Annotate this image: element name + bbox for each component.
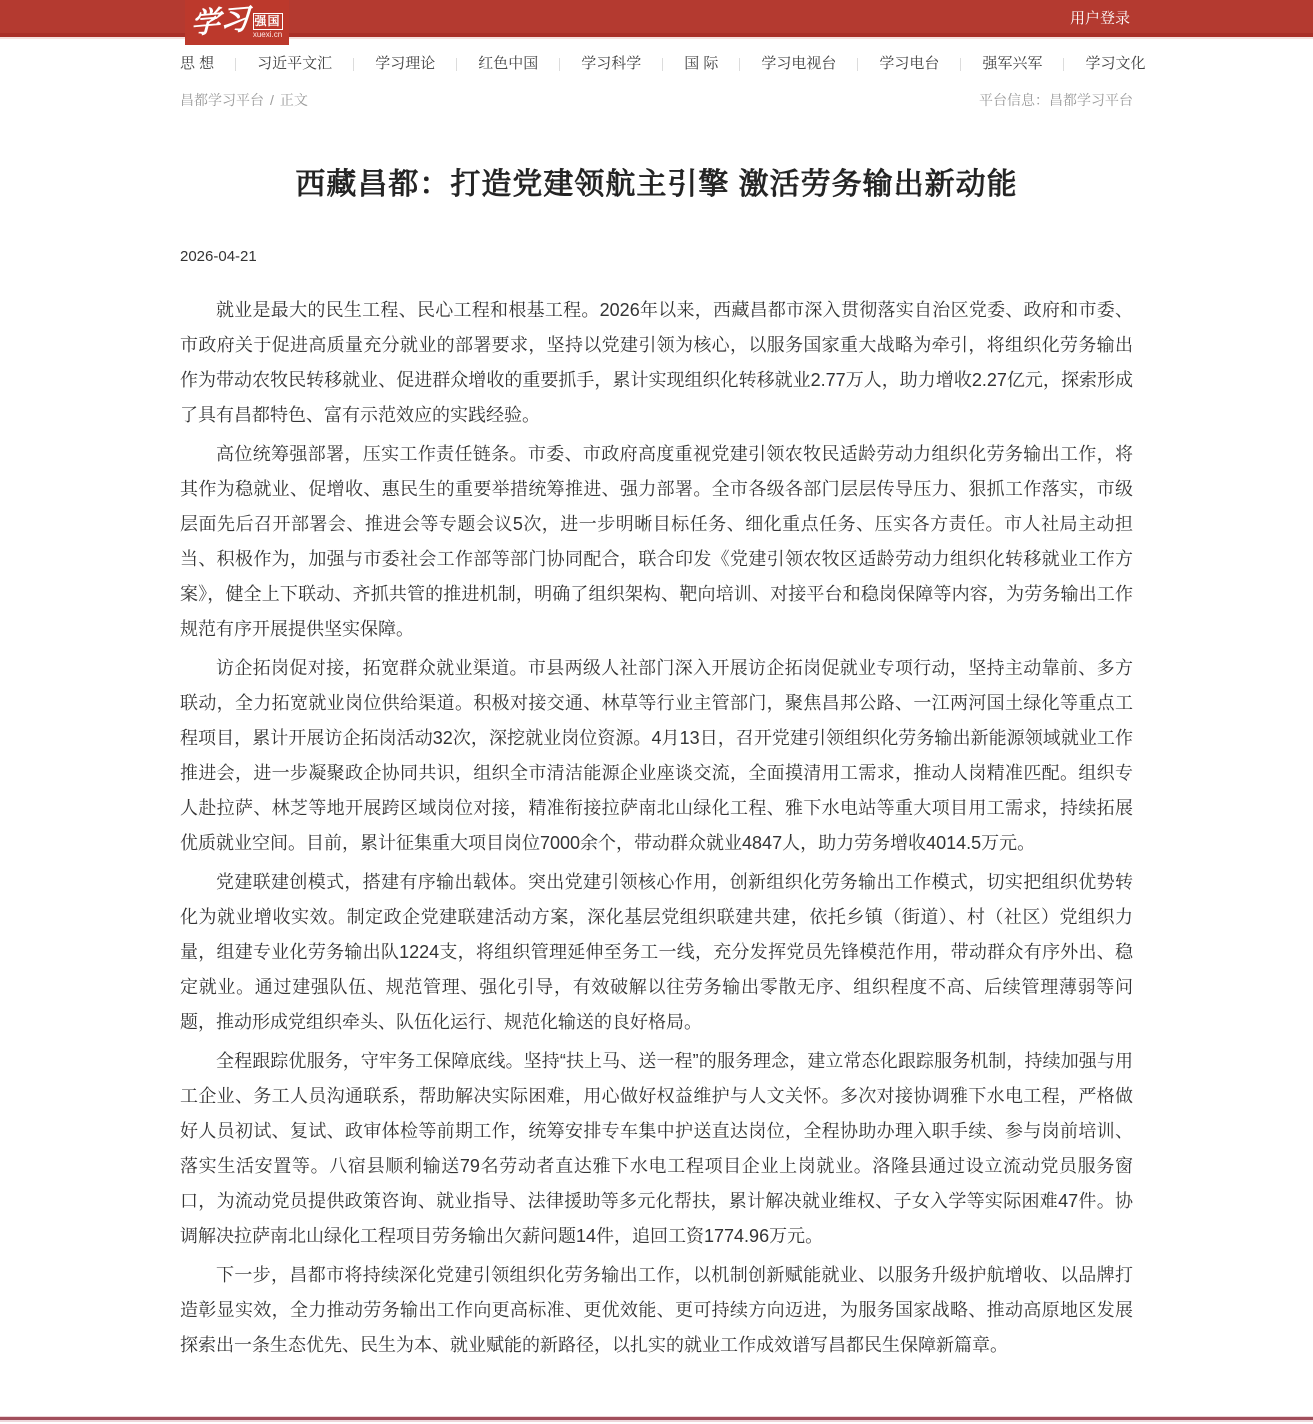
nav-item-strong-military[interactable]: 强军兴军 [961, 54, 1063, 74]
user-login-link[interactable]: 用户登录 [1070, 7, 1130, 28]
nav-item-thought[interactable]: 思 想 [180, 54, 235, 74]
nav-item-study-theory[interactable]: 学习理论 [354, 54, 456, 74]
nav-item-international[interactable]: 国 际 [663, 54, 739, 74]
footer-divider-line [0, 1416, 1313, 1422]
breadcrumb-platform-link[interactable]: 昌都学习平台 [180, 90, 264, 110]
header-inner: 学习 强国 xuexi.cn 用户登录 [180, 0, 1133, 37]
main-nav: 思 想 习近平文汇 学习理论 红色中国 学习科学 国 际 学习电视台 学习电台 … [180, 37, 1313, 74]
logo-script-text: 学习 [191, 6, 250, 40]
article-title: 西藏昌都：打造党建领航主引擎 激活劳务输出新动能 [180, 166, 1133, 204]
breadcrumb-separator: / [270, 92, 274, 108]
nav-item-study-culture[interactable]: 学习文化 [1064, 54, 1166, 74]
nav-item-xjp-collection[interactable]: 习近平文汇 [236, 54, 353, 74]
nav-item-study-radio[interactable]: 学习电台 [858, 54, 960, 74]
article: 西藏昌都：打造党建领航主引擎 激活劳务输出新动能 2026-04-21 就业是最… [180, 166, 1133, 1363]
logo-right-block: 强国 xuexi.cn [253, 13, 283, 40]
article-body: 就业是最大的民生工程、民心工程和根基工程。2026年以来，西藏昌都市深入贯彻落实… [180, 293, 1133, 1363]
xuexi-logo[interactable]: 学习 强国 xuexi.cn [185, 0, 289, 45]
article-paragraph: 就业是最大的民生工程、民心工程和根基工程。2026年以来，西藏昌都市深入贯彻落实… [180, 293, 1133, 433]
article-date: 2026-04-21 [180, 248, 1133, 265]
article-paragraph: 下一步，昌都市将持续深化党建引领组织化劳务输出工作，以机制创新赋能就业、以服务升… [180, 1258, 1133, 1363]
article-paragraph: 党建联建创模式，搭建有序输出载体。突出党建引领核心作用，创新组织化劳务输出工作模… [180, 865, 1133, 1040]
site-header: 学习 强国 xuexi.cn 用户登录 [0, 0, 1313, 37]
nav-item-study-science[interactable]: 学习科学 [560, 54, 662, 74]
nav-item-red-china[interactable]: 红色中国 [457, 54, 559, 74]
logo-domain-text: xuexi.cn [253, 30, 282, 40]
breadcrumb-current: 正文 [280, 90, 308, 110]
breadcrumb-row: 昌都学习平台 / 正文 平台信息：昌都学习平台 [180, 90, 1133, 110]
platform-info-text: 平台信息：昌都学习平台 [979, 90, 1133, 110]
nav-item-study-tv[interactable]: 学习电视台 [740, 54, 857, 74]
logo-box-text: 强国 [253, 13, 283, 30]
article-paragraph: 访企拓岗促对接，拓宽群众就业渠道。市县两级人社部门深入开展访企拓岗促就业专项行动… [180, 651, 1133, 861]
breadcrumb: 昌都学习平台 / 正文 [180, 90, 308, 110]
article-paragraph: 全程跟踪优服务，守牢务工保障底线。坚持“扶上马、送一程”的服务理念，建立常态化跟… [180, 1044, 1133, 1254]
article-paragraph: 高位统筹强部署，压实工作责任链条。市委、市政府高度重视党建引领农牧民适龄劳动力组… [180, 437, 1133, 647]
